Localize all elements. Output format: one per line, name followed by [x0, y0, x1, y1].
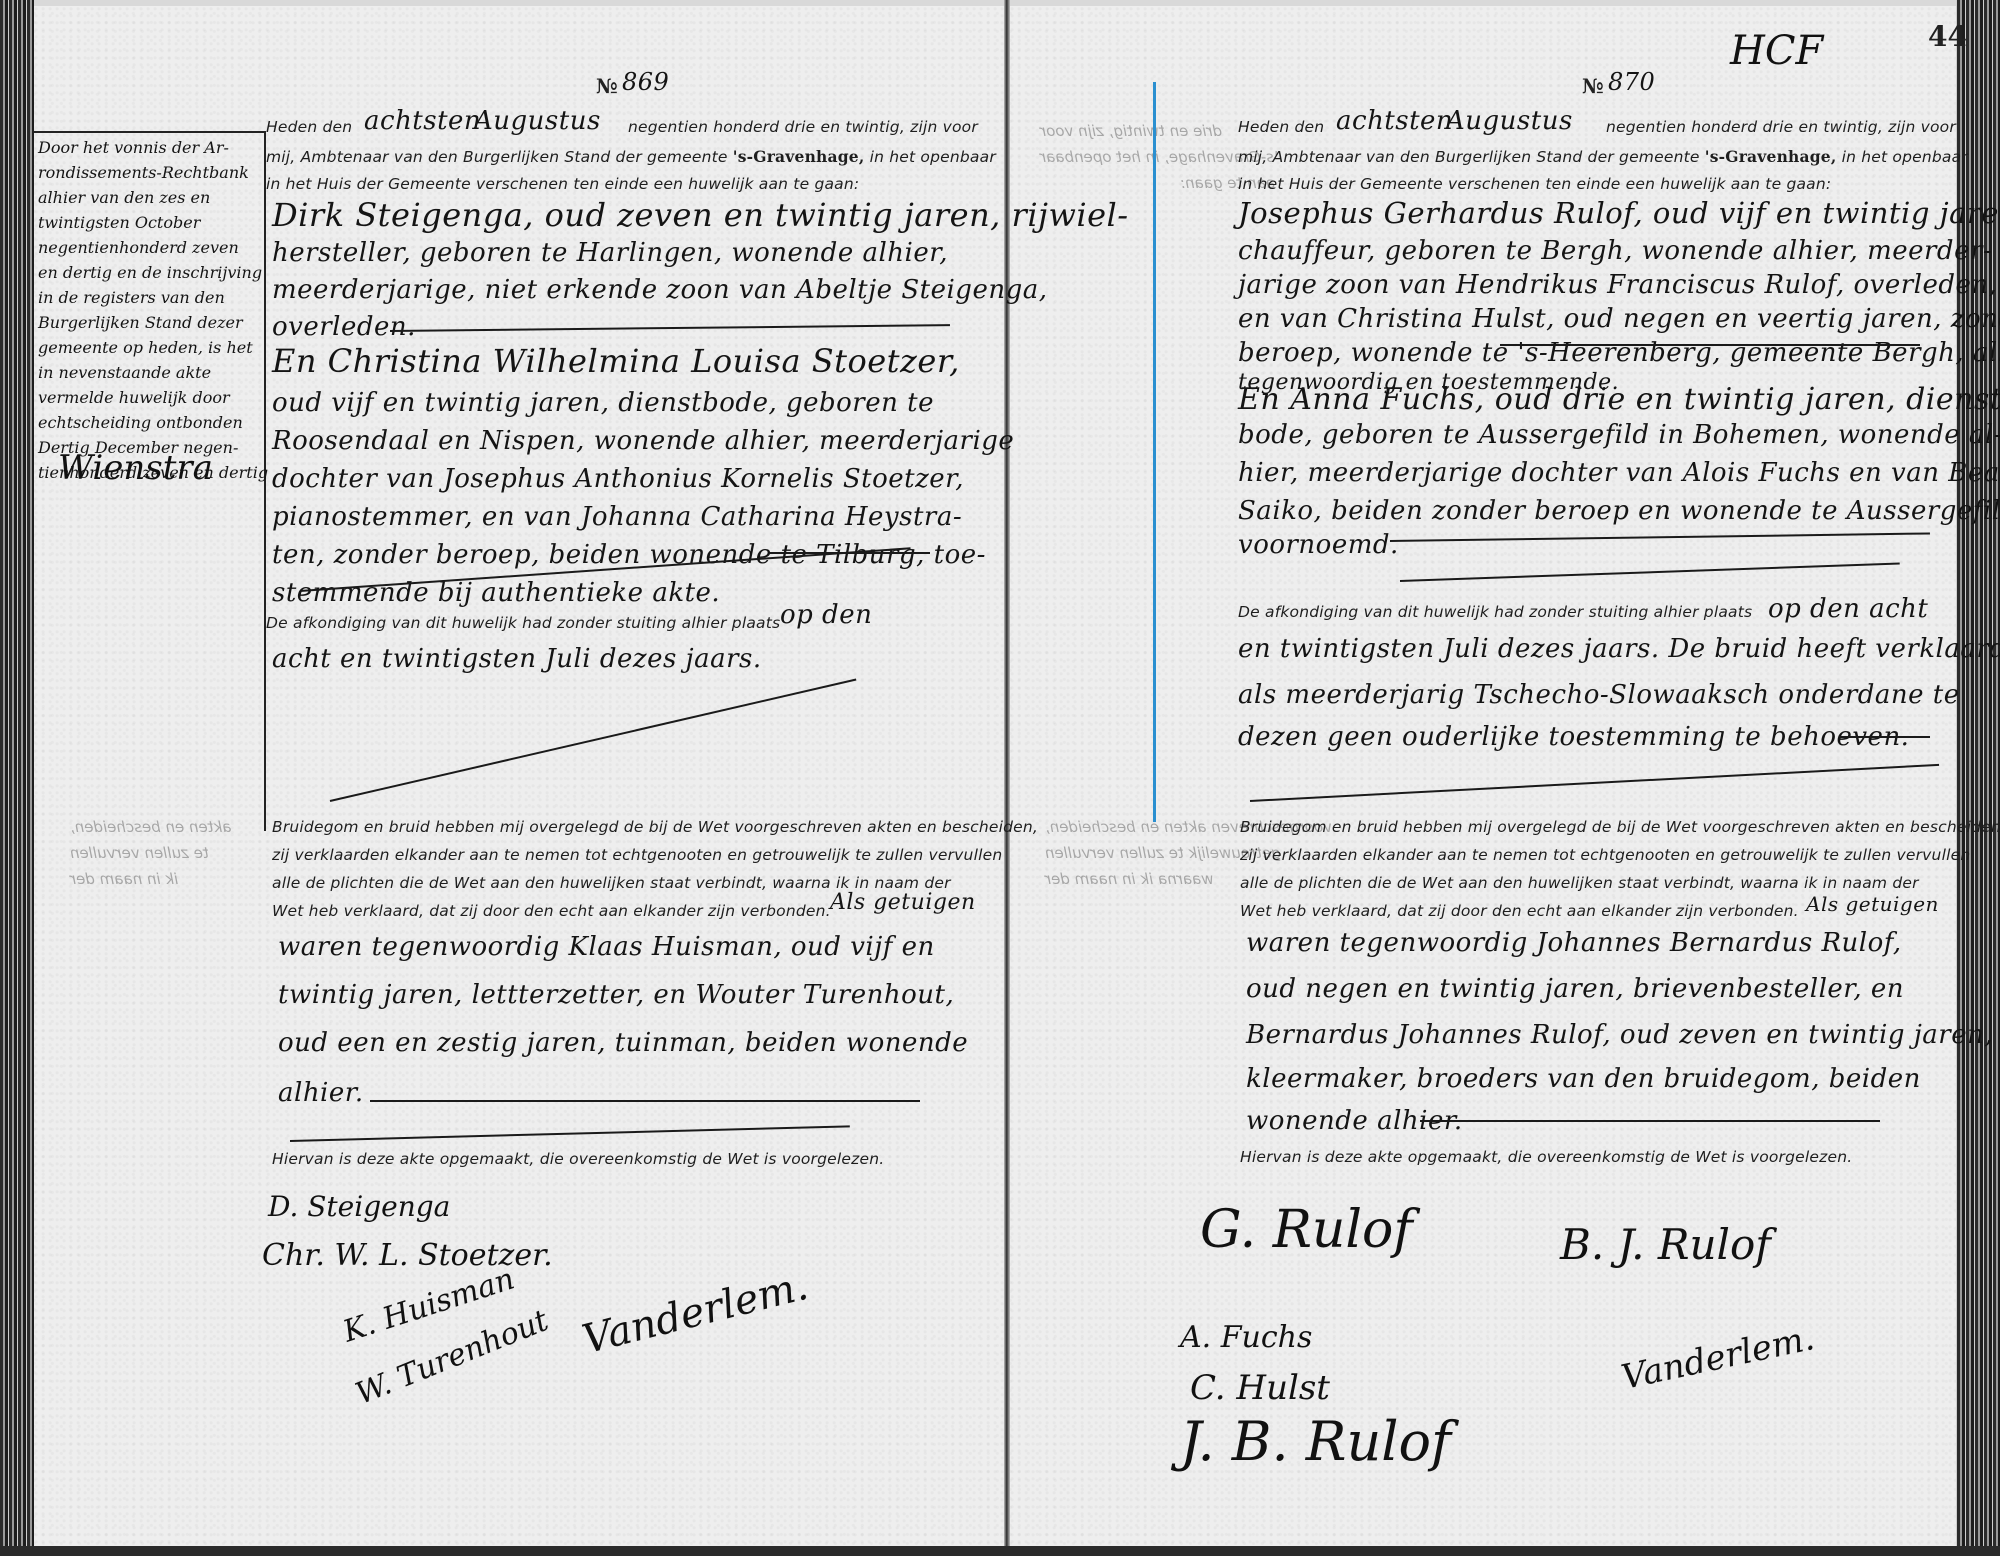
- book-binding-right: [1956, 0, 2000, 1556]
- groom-line: hersteller, geboren te Harlingen, wonend…: [272, 238, 948, 268]
- groom-line: beroep, wonende te 's-Heerenberg, gemeen…: [1238, 338, 2000, 368]
- officer-text-end: in het openbaar: [870, 148, 996, 166]
- month-handwritten: Augustus: [1446, 106, 1573, 136]
- heden-den-label: Heden den: [266, 118, 352, 136]
- formula-line: Bruidegom en bruid hebben mij overgelegd…: [272, 818, 1038, 836]
- formula-line: zij verklaarden elkander aan te nemen to…: [272, 846, 1002, 864]
- signature: C. Hulst: [1190, 1368, 1330, 1408]
- witness-hand: twintig jaren, lettterzetter, en Wouter …: [278, 980, 954, 1010]
- bleed-through-text: drie en twintig, zijn voor: [1040, 122, 1222, 140]
- huis-line: in het Huis der Gemeente verschenen ten …: [266, 175, 859, 193]
- huis-line: in het Huis der Gemeente verschenen ten …: [1238, 175, 1831, 193]
- heden-den-label: Heden den: [1238, 118, 1324, 136]
- bride-line: oud vijf en twintig jaren, dienstbode, g…: [272, 388, 934, 418]
- municipality: 's-Gravenhage,: [733, 147, 865, 166]
- afkondiging-hand: op den acht: [1768, 594, 1928, 624]
- margin-note-line: Door het vonnis der Ar-: [38, 135, 268, 160]
- witness-hand: oud een en zestig jaren, tuinman, beiden…: [278, 1028, 968, 1058]
- afkondiging-hand: dezen geen ouderlijke toestemming te beh…: [1238, 722, 1909, 752]
- margin-note-line: in de registers van den: [38, 285, 268, 310]
- act-number-870: 870: [1608, 68, 1655, 96]
- groom-line: overleden.: [272, 312, 416, 342]
- register-spread: drie en twintig, zijn voor 's-Gravenhage…: [0, 0, 2000, 1556]
- afkondiging-hand: als meerderjarig Tschecho-Slowaaksch ond…: [1238, 680, 1960, 710]
- formula-line: Wet heb verklaard, dat zij door den echt…: [1240, 902, 1799, 920]
- filler-line: [1420, 1120, 1880, 1122]
- bleed-through-text: waarna ik in naam der: [1045, 870, 1214, 888]
- margin-note-line: twintigsten October: [38, 210, 268, 235]
- year-phrase: negentien honderd drie en twintig, zijn …: [1606, 118, 1956, 136]
- bride-line: Saiko, beiden zonder beroep en wonende t…: [1238, 496, 2000, 526]
- page-number: 44: [1928, 20, 1967, 53]
- municipality: 's-Gravenhage,: [1705, 147, 1837, 166]
- day-handwritten: achtsten: [1336, 106, 1453, 136]
- groom-line: meerderjarige, niet erkende zoon van Abe…: [272, 275, 1047, 305]
- bride-line: stemmende bij authentieke akte.: [272, 578, 720, 608]
- margin-note-line: en dertig en de inschrijving: [38, 260, 268, 285]
- filler-line: [1500, 344, 1920, 346]
- margin-note-line: gemeente op heden, is het: [38, 335, 268, 360]
- formula-line: Wet heb verklaard, dat zij door den echt…: [272, 902, 831, 920]
- witness-hand: Als getuigen: [830, 890, 976, 915]
- bride-line: pianostemmer, en van Johanna Catharina H…: [272, 502, 962, 532]
- groom-line: Josephus Gerhardus Rulof, oud vijf en tw…: [1238, 196, 2000, 230]
- margin-note-line: in nevenstaande akte: [38, 360, 268, 385]
- afkondiging-label: De afkondiging van dit huwelijk had zond…: [1238, 603, 1752, 621]
- bride-line: ten, zonder beroep, beiden wonende te Ti…: [272, 540, 986, 570]
- margin-note-line: rondissements-Rechtbank: [38, 160, 268, 185]
- bride-line: En Anna Fuchs, oud drie en twintig jaren…: [1238, 382, 2000, 417]
- day-handwritten: achtsten: [364, 106, 481, 136]
- witness-hand: kleermaker, broeders van den bruidegom, …: [1246, 1064, 1921, 1094]
- witness-hand: alhier.: [278, 1078, 364, 1108]
- signature: A. Fuchs: [1180, 1320, 1312, 1355]
- margin-note-line: Burgerlijken Stand dezer: [38, 310, 268, 335]
- groom-line: chauffeur, geboren te Bergh, wonende alh…: [1238, 236, 1992, 266]
- blue-margin-rule: [1153, 82, 1156, 822]
- bride-line: hier, meerderjarige dochter van Alois Fu…: [1238, 458, 2000, 488]
- groom-line: Dirk Steigenga, oud zeven en twintig jar…: [272, 196, 1129, 234]
- bride-line: bode, geboren te Aussergefild in Bohemen…: [1238, 420, 2000, 450]
- bleed-through-text: ik in naam der: [70, 870, 178, 888]
- book-bottom-edge: [0, 1546, 2000, 1556]
- afkondiging-hand: en twintigsten Juli dezes jaars. De brui…: [1238, 634, 2000, 664]
- groom-line: jarige zoon van Hendrikus Franciscus Rul…: [1238, 270, 1997, 300]
- witness-hand: oud negen en twintig jaren, brievenbeste…: [1246, 974, 1904, 1004]
- filler-line: [370, 1100, 920, 1102]
- formula-line: zij verklaarden elkander aan te nemen to…: [1240, 846, 1970, 864]
- groom-line: en van Christina Hulst, oud negen en vee…: [1238, 304, 2000, 334]
- bleed-through-text: akten en bescheiden,: [70, 818, 232, 836]
- witness-hand: Als getuigen: [1806, 892, 1939, 916]
- act-number-sign-869: №: [596, 74, 618, 98]
- margin-note-line: echtscheiding ontbonden: [38, 410, 268, 435]
- formula-line: Bruidegom en bruid hebben mij overgelegd…: [1240, 818, 2000, 836]
- signature: B. J. Rulof: [1560, 1220, 1771, 1269]
- afkondiging-label: De afkondiging van dit huwelijk had zond…: [266, 614, 780, 632]
- bride-line: Roosendaal en Nispen, wonende alhier, me…: [272, 426, 1014, 456]
- bride-line: En Christina Wilhelmina Louisa Stoetzer,: [272, 342, 960, 380]
- officer-text: mij, Ambtenaar van den Burgerlijken Stan…: [1238, 148, 1700, 166]
- witness-hand: Bernardus Johannes Rulof, oud zeven en t…: [1246, 1020, 1993, 1050]
- margin-note-line: vermelde huwelijk door: [38, 385, 268, 410]
- afkondiging-hand: acht en twintigsten Juli dezes jaars.: [272, 644, 762, 674]
- signature: G. Rulof: [1200, 1200, 1413, 1260]
- witness-hand: waren tegenwoordig Johannes Bernardus Ru…: [1246, 928, 1902, 958]
- officer-line: mij, Ambtenaar van den Burgerlijken Stan…: [1238, 147, 1968, 166]
- book-binding-left: [0, 0, 34, 1556]
- act-number-sign-870: №: [1582, 74, 1604, 98]
- act-number-869: 869: [622, 68, 669, 96]
- filler-line: [1840, 736, 1930, 738]
- officer-text-end: in het openbaar: [1842, 148, 1968, 166]
- margin-note: Door het vonnis der Ar- rondissements-Re…: [38, 135, 268, 485]
- page-initials: HCF: [1730, 28, 1823, 74]
- closing-line: Hiervan is deze akte opgemaakt, die over…: [1240, 1148, 1852, 1166]
- officer-line: mij, Ambtenaar van den Burgerlijken Stan…: [266, 147, 996, 166]
- year-phrase: negentien honderd drie en twintig, zijn …: [628, 118, 978, 136]
- margin-signature: Wienstra: [58, 448, 213, 488]
- afkondiging-hand: op den: [780, 600, 872, 630]
- signature: J. B. Rulof: [1180, 1410, 1451, 1473]
- witness-hand: waren tegenwoordig Klaas Huisman, oud vi…: [278, 932, 935, 962]
- month-handwritten: Augustus: [474, 106, 601, 136]
- bleed-through-text: te zullen vervullen: [70, 844, 209, 862]
- formula-line: alle de plichten die de Wet aan den huwe…: [1240, 874, 1919, 892]
- bride-line: voornoemd.: [1238, 530, 1399, 560]
- margin-note-line: negentienhonderd zeven: [38, 235, 268, 260]
- signature: D. Steigenga: [268, 1190, 450, 1223]
- officer-text: mij, Ambtenaar van den Burgerlijken Stan…: [266, 148, 728, 166]
- closing-line: Hiervan is deze akte opgemaakt, die over…: [272, 1150, 884, 1168]
- margin-note-line: alhier van den zes en: [38, 185, 268, 210]
- bride-line: dochter van Josephus Anthonius Kornelis …: [272, 464, 964, 494]
